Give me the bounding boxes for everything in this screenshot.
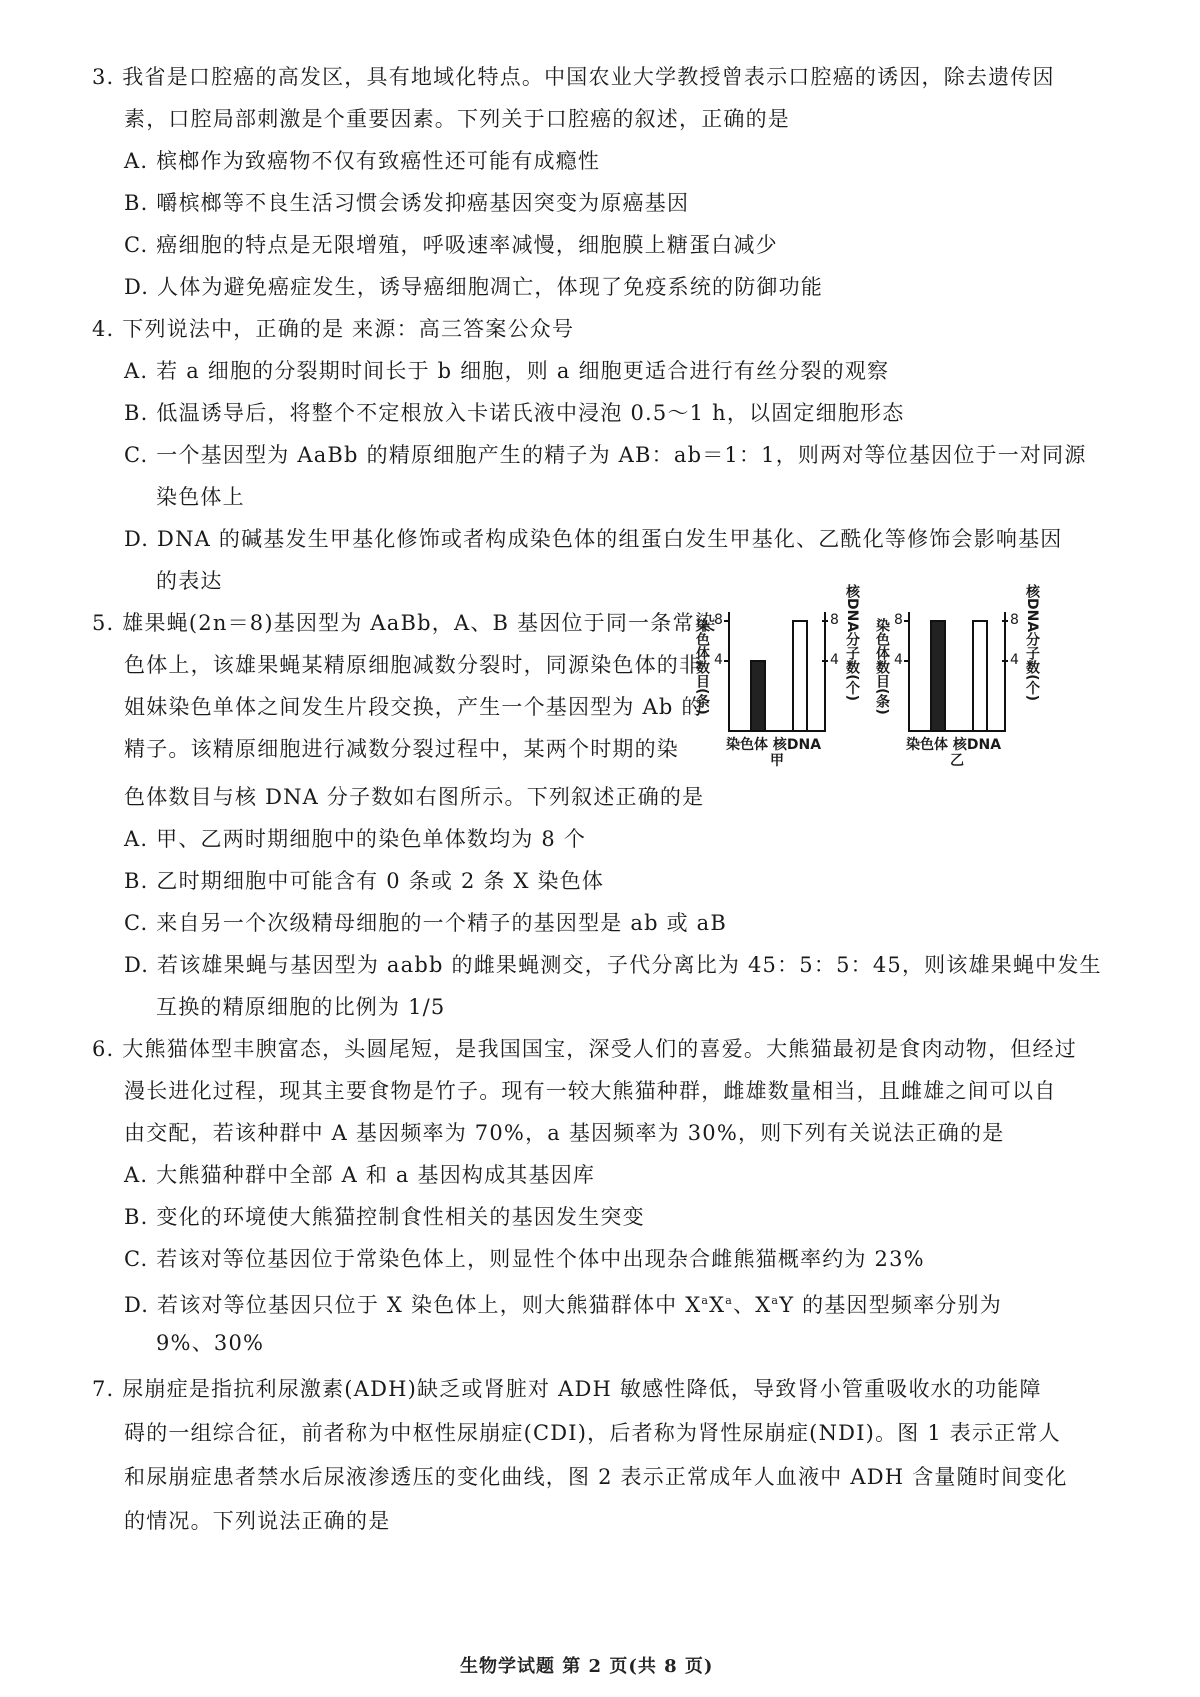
tick — [724, 620, 730, 622]
chart-jia-left-axis — [728, 612, 730, 732]
x-axis — [908, 730, 1006, 732]
q6-option-d-cont: 9%、30% — [156, 1328, 264, 1358]
superscript: a — [725, 1294, 733, 1307]
q4-option-a: A. 若 a 细胞的分裂期时间长于 b 细胞，则 a 细胞更适合进行有丝分裂的观… — [124, 356, 889, 386]
tick-label-4: 4 — [894, 652, 903, 668]
chart-jia-left-axis-label: 染色体数目(条) — [692, 618, 712, 738]
q6-d-text-1: D. 若该对等位基因只位于 X 染色体上，则大熊猫群体中 X — [124, 1293, 701, 1317]
bar-chromosome — [750, 660, 766, 732]
q5-stem-5: 色体数目与核 DNA 分子数如右图所示。下列叙述正确的是 — [124, 782, 704, 812]
tick — [724, 660, 730, 662]
tick — [1002, 620, 1008, 622]
q4-option-d: D. DNA 的碱基发生甲基化修饰或者构成染色体的组蛋白发生甲基化、乙酰化等修饰… — [124, 524, 1063, 554]
q3-option-a: A. 槟榔作为致癌物不仅有致癌性还可能有成瘾性 — [124, 146, 600, 176]
q7-stem-3: 和尿崩症患者禁水后尿液渗透压的变化曲线，图 2 表示正常成年人血液中 ADH 含… — [124, 1462, 1068, 1492]
q5-option-b: B. 乙时期细胞中可能含有 0 条或 2 条 X 染色体 — [124, 866, 604, 896]
q3-option-d: D. 人体为避免癌症发生，诱导癌细胞凋亡，体现了免疫系统的防御功能 — [124, 272, 823, 302]
bar-chromosome — [930, 620, 946, 732]
tick-label-4-right: 4 — [830, 652, 839, 668]
q4-option-c: C. 一个基因型为 AaBb 的精原细胞产生的精子为 AB：ab＝1：1，则两对… — [124, 440, 1087, 470]
q7-stem-2: 碍的一组综合征，前者称为中枢性尿崩症(CDI)，后者称为肾性尿崩症(NDI)。图… — [124, 1418, 1061, 1448]
superscript: a — [701, 1294, 709, 1307]
q5-stem-4: 精子。该精原细胞进行减数分裂过程中，某两个时期的染 — [124, 734, 679, 764]
q6-stem-3: 由交配，若该种群中 A 基因频率为 70%，a 基因频率为 30%，则下列有关说… — [124, 1118, 1004, 1148]
q6-d-text-2: X — [709, 1293, 725, 1317]
q4-stem: 4. 下列说法中，正确的是 来源：高三答案公众号 — [92, 314, 574, 344]
bar-nuclear-dna — [972, 620, 988, 732]
chart-jia-right-axis — [824, 612, 826, 732]
q6-option-a: A. 大熊猫种群中全部 A 和 a 基因构成其基因库 — [124, 1160, 595, 1190]
chart-yi-right-axis-label: 核DNA分子数(个) — [1022, 584, 1042, 734]
chart-yi-right-axis — [1004, 612, 1006, 732]
tick — [822, 620, 828, 622]
chart-yi-left-axis-label: 染色体数目(条) — [872, 618, 892, 738]
q3-option-b: B. 嚼槟榔等不良生活习惯会诱发抑癌基因突变为原癌基因 — [124, 188, 689, 218]
q5-stem-2: 色体上，该雄果蝇某精原细胞减数分裂时，同源染色体的非 — [124, 650, 701, 680]
q5-stem: 5. 雄果蝇(2n＝8)基因型为 AaBb，A、B 基因位于同一条常染 — [92, 608, 717, 638]
q3-option-c: C. 癌细胞的特点是无限增殖，呼吸速率减慢，细胞膜上糖蛋白减少 — [124, 230, 778, 260]
exam-page: 3. 我省是口腔癌的高发区，具有地域化特点。中国农业大学教授曾表示口腔癌的诱因，… — [0, 0, 1200, 1697]
chart-yi-caption: 乙 — [950, 750, 964, 770]
tick-label-8: 8 — [894, 612, 903, 628]
x-axis — [728, 730, 826, 732]
q5-stem-3: 姐妹染色单体之间发生片段交换，产生一个基因型为 Ab 的 — [124, 692, 704, 722]
chart-yi-left-axis — [908, 612, 910, 732]
chart-jia-right-axis-label: 核DNA分子数(个) — [842, 584, 862, 734]
q7-stem: 7. 尿崩症是指抗利尿激素(ADH)缺乏或肾脏对 ADH 敏感性降低，导致肾小管… — [92, 1374, 1042, 1404]
q4-option-d-cont: 的表达 — [156, 566, 223, 596]
tick-label-4: 4 — [714, 652, 723, 668]
q5-option-d: D. 若该雄果蝇与基因型为 aabb 的雌果蝇测交，子代分离比为 45：5：5：… — [124, 950, 1102, 980]
q6-d-text-4: Y 的基因型频率分别为 — [779, 1293, 1002, 1317]
tick-label-8-right: 8 — [830, 612, 839, 628]
q6-stem: 6. 大熊猫体型丰腴富态，头圆尾短，是我国国宝，深受人们的喜爱。大熊猫最初是食肉… — [92, 1034, 1077, 1064]
q3-stem-cont: 素，口腔局部刺激是个重要因素。下列关于口腔癌的叙述，正确的是 — [124, 104, 790, 134]
tick — [904, 620, 910, 622]
q6-option-b: B. 变化的环境使大熊猫控制食性相关的基因发生突变 — [124, 1202, 645, 1232]
q6-option-d: D. 若该对等位基因只位于 X 染色体上，则大熊猫群体中 XaXa、XaY 的基… — [124, 1286, 1002, 1320]
tick-label-4-right: 4 — [1010, 652, 1019, 668]
tick-label-8-right: 8 — [1010, 612, 1019, 628]
q3-stem: 3. 我省是口腔癌的高发区，具有地域化特点。中国农业大学教授曾表示口腔癌的诱因，… — [92, 62, 1055, 92]
tick — [822, 660, 828, 662]
q4-option-c-cont: 染色体上 — [156, 482, 245, 512]
chart-yi: 染色体数目(条) 8 4 8 4 核DNA分子数(个) 染色体 核DNA 乙 — [870, 612, 1040, 762]
tick-label-8: 8 — [714, 612, 723, 628]
tick — [1002, 660, 1008, 662]
chart-jia-caption: 甲 — [770, 750, 784, 770]
q6-option-c: C. 若该对等位基因位于常染色体上，则显性个体中出现杂合雌熊猫概率约为 23% — [124, 1244, 925, 1274]
q7-stem-4: 的情况。下列说法正确的是 — [124, 1506, 390, 1536]
q4-option-b: B. 低温诱导后，将整个不定根放入卡诺氏液中浸泡 0.5～1 h，以固定细胞形态 — [124, 398, 904, 428]
page-footer: 生物学试题 第 2 页(共 8 页) — [460, 1652, 713, 1678]
q5-option-c: C. 来自另一个次级精母细胞的一个精子的基因型是 ab 或 aB — [124, 908, 727, 938]
q5-option-a: A. 甲、乙两时期细胞中的染色单体数均为 8 个 — [124, 824, 586, 854]
chart-jia: 染色体数目(条) 8 4 8 4 核DNA分子数(个) 染色体 核DNA 甲 — [690, 612, 860, 762]
bar-nuclear-dna — [792, 620, 808, 732]
q6-stem-2: 漫长进化过程，现其主要食物是竹子。现有一较大熊猫种群，雌雄数量相当，且雌雄之间可… — [124, 1076, 1056, 1106]
q5-option-d-cont: 互换的精原细胞的比例为 1/5 — [156, 992, 445, 1022]
q6-d-text-3: 、X — [733, 1293, 771, 1317]
tick — [904, 660, 910, 662]
